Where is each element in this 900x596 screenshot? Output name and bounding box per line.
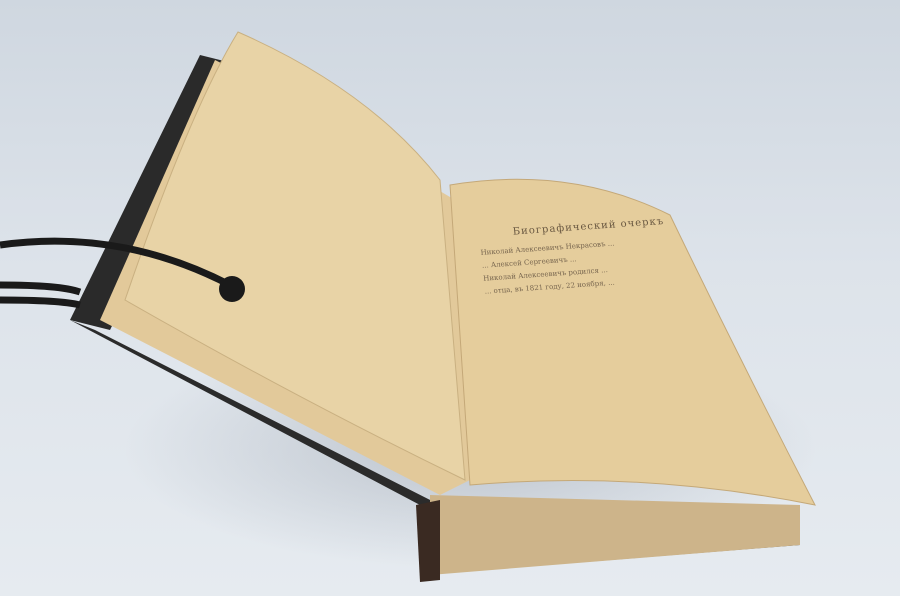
photo-scene: Биографический очеркъ Николай Алексеевич… [0, 0, 900, 596]
book-illustration [0, 0, 900, 596]
